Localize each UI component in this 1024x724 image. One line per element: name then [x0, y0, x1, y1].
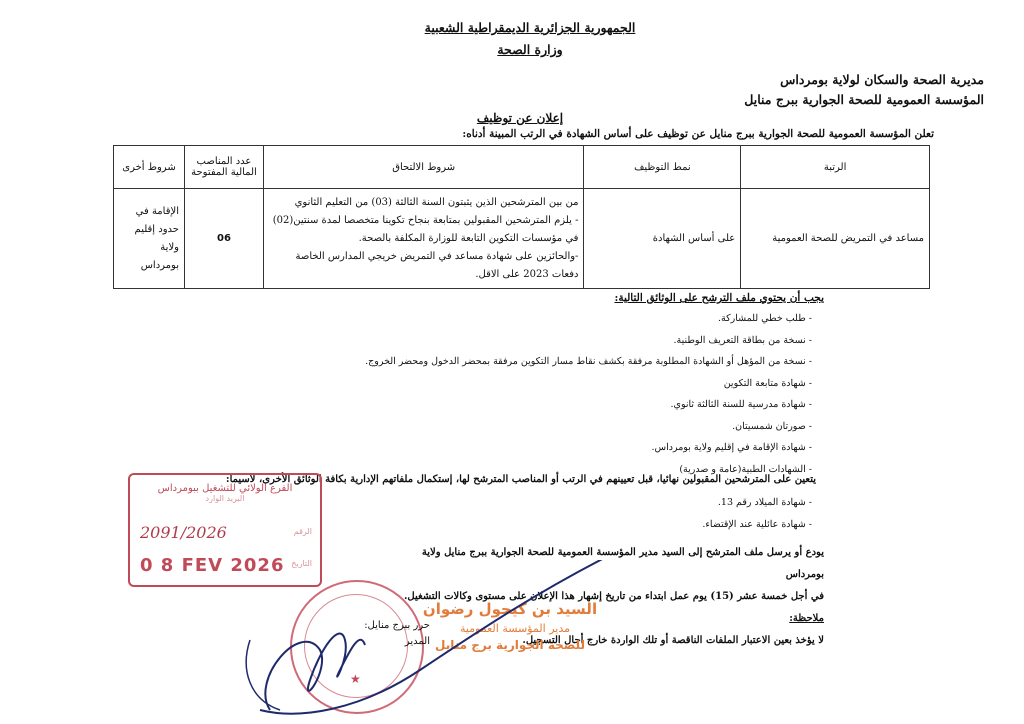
- ministry-title: وزارة الصحة: [380, 40, 680, 60]
- final-docs-list: - شهادة الميلاد رقم 13. - شهادة عائلية ع…: [412, 492, 812, 535]
- col-mode: نمط التوظيف: [584, 146, 741, 189]
- institution-name: المؤسسة العمومية للصحة الجوارية ببرج منا…: [584, 90, 984, 110]
- list-item: - شهادة الإقامة في إقليم ولاية بومرداس.: [212, 437, 812, 459]
- cell-other: الإقامة في حدود إقليم ولاية بومرداس: [114, 189, 185, 289]
- col-positions: عدد المناصب المالية المفتوحة: [184, 146, 263, 189]
- documents-heading: يجب أن يحتوي ملف الترشح على الوثائق التا…: [224, 292, 824, 304]
- signature-scribble-icon: [240, 560, 620, 720]
- stamp-number-label: الرقم: [294, 527, 312, 536]
- list-item: - نسخة من المؤهل أو الشهادة المطلوبة مرف…: [212, 351, 812, 373]
- documents-list: - طلب خطي للمشاركة. - نسخة من بطاقة التع…: [212, 308, 812, 480]
- condition-line: - يلزم المترشحين المقبولين بمتابعة بنجاح…: [269, 212, 579, 248]
- list-item: - صورتان شمسيتان.: [212, 416, 812, 438]
- cell-rank: مساعد في التمريض للصحة العمومية: [741, 189, 930, 289]
- list-item: - شهادة مدرسية للسنة الثالثة ثانوي.: [212, 394, 812, 416]
- col-other: شروط أخرى: [114, 146, 185, 189]
- col-rank: الرتبة: [741, 146, 930, 189]
- announcement-intro: تعلن المؤسسة العمومية للصحة الجوارية ببر…: [234, 128, 934, 140]
- republic-title: الجمهورية الجزائرية الديمقراطية الشعبية: [380, 18, 680, 38]
- list-item: - شهادة الميلاد رقم 13.: [412, 492, 812, 514]
- list-item: - طلب خطي للمشاركة.: [212, 308, 812, 330]
- directorate-name: مديرية الصحة والسكان لولاية بومرداس: [584, 70, 984, 90]
- stamp-subtitle: البريد الوارد: [130, 494, 320, 503]
- cell-mode: على أساس الشهادة: [584, 189, 741, 289]
- cell-conditions: من بين المترشحين الذين يثبتون السنة الثا…: [263, 189, 584, 289]
- list-item: - شهادة عائلية عند الإقتضاء.: [412, 514, 812, 536]
- positions-table: الرتبة نمط التوظيف شروط الالتحاق عدد الم…: [113, 145, 930, 289]
- cell-positions: 06: [184, 189, 263, 289]
- col-conditions: شروط الالتحاق: [263, 146, 584, 189]
- announcement-title: إعلان عن توظيف: [420, 108, 620, 128]
- list-item: - نسخة من بطاقة التعريف الوطنية.: [212, 330, 812, 352]
- stamp-title: الفرع الولائي للتشغيل ببومرداس: [130, 483, 320, 494]
- list-item: - شهادة متابعة التكوين: [212, 373, 812, 395]
- condition-line: من بين المترشحين الذين يثبتون السنة الثا…: [269, 194, 579, 212]
- condition-line: -والحائزين على شهادة مساعد في التمريض خر…: [269, 248, 579, 284]
- table-row: مساعد في التمريض للصحة العمومية على أساس…: [114, 189, 930, 289]
- table-header-row: الرتبة نمط التوظيف شروط الالتحاق عدد الم…: [114, 146, 930, 189]
- stamp-number: 2091/2026: [140, 523, 227, 542]
